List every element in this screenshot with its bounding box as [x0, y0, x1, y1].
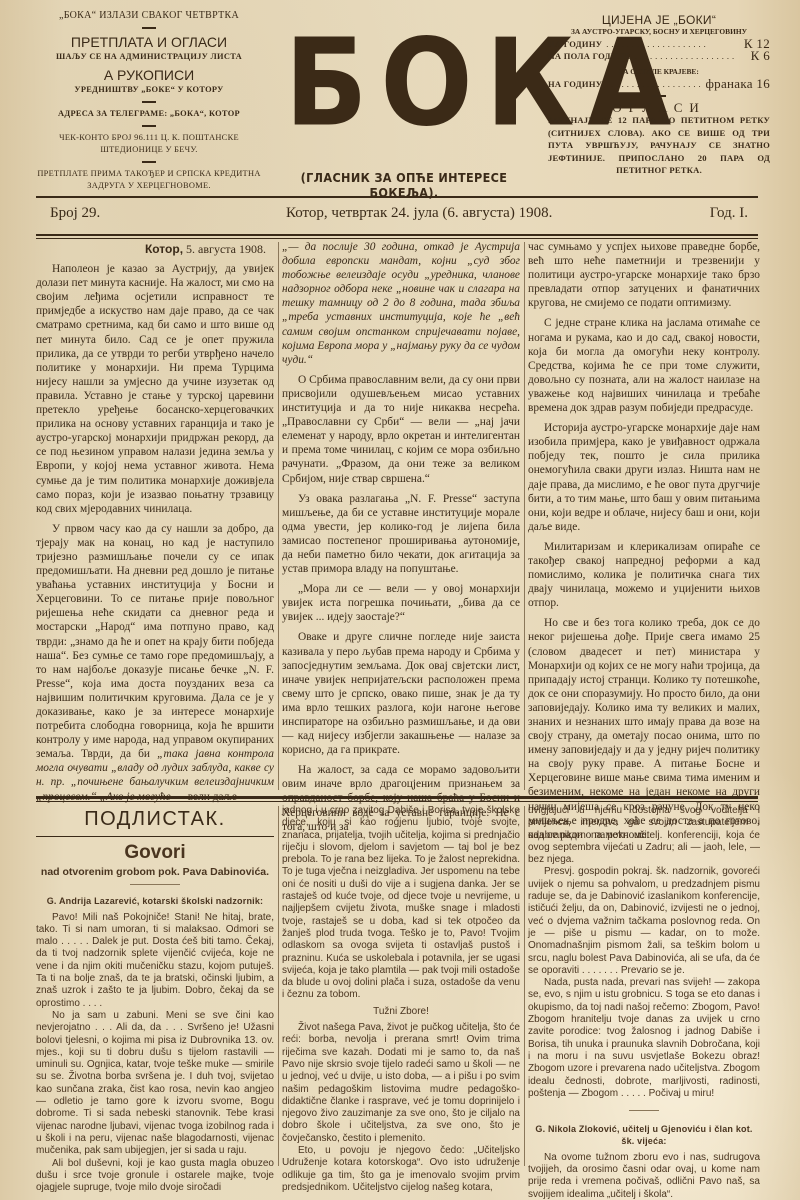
feuilleton-header-rule — [36, 836, 274, 837]
article-paragraph: час сумњамо у успјех њихове праведне бор… — [528, 240, 760, 310]
article-quote: „— да послије 30 година, откад је Аустри… — [282, 240, 520, 367]
speech-paragraph: uvigjajući u njemu dostojna svog voditel… — [528, 805, 760, 866]
newspaper-title: БОКА — [285, 6, 533, 159]
article-paragraph: Уз овака разлагања „N. F. Presse“ заступ… — [282, 492, 520, 577]
price-label: НА ГОДИНУ — [548, 78, 602, 90]
speech-paragraph: Presvj. gospodin pokraj. šk. nadzornik, … — [528, 866, 760, 977]
divider — [142, 125, 156, 127]
masthead: „БОКА“ ИЗЛАЗИ СВАКОГ ЧЕТВРТКА ПРЕТПЛАТА … — [28, 0, 780, 196]
section-divider — [36, 796, 758, 799]
price-title: ЦИЈЕНА ЈЕ „БОКИ“ — [548, 14, 770, 26]
article-column-2: „— да послије 30 година, откад је Аустри… — [282, 240, 520, 834]
issue-bar: Број 29. Котор, четвртак 24. јула (6. ав… — [36, 196, 758, 236]
dateline-place: Котор, — [145, 242, 183, 256]
ads-title: ОГЛАСИ — [548, 102, 770, 114]
column-divider — [278, 242, 279, 790]
article-paragraph: Наполеон је казао за Аустрију, да увијек… — [36, 262, 274, 516]
masthead-publication-info: „БОКА“ ИЗЛАЗИ СВАКОГ ЧЕТВРТКА ПРЕТПЛАТА … — [36, 10, 262, 192]
price-label: НА ПОЛА ГОДИНЕ — [548, 50, 631, 62]
article-paragraph: О Србима православним вели, да су они пр… — [282, 373, 520, 486]
speech-paragraph: Nada, pusta nada, prevari nas svijeh! — … — [528, 977, 760, 1100]
price-row: НА ГОДИНУ .................... франака 1… — [548, 78, 770, 90]
subscription-agent: ПРЕТПЛАТЕ ПРИМА ТАКОЂЕР И СРПСКА КРЕДИТН… — [36, 168, 262, 192]
leader-dots: .................... — [635, 50, 747, 62]
article-text: У првом часу као да су нашли за добро, д… — [36, 523, 274, 761]
price-label: НА ГОДИНУ — [548, 38, 602, 50]
divider — [142, 101, 156, 103]
column-divider — [278, 806, 279, 1166]
masthead-title-block: БОКА (ГЛАСНИК ЗА ОПЋЕ ИНТЕРЕСЕ БОКЕЉА). — [264, 6, 544, 200]
publication-schedule: „БОКА“ ИЗЛАЗИ СВАКОГ ЧЕТВРТКА — [36, 10, 262, 22]
feuilleton-column-2: jadnog i u crno zavitog Dabiše i Borisa,… — [282, 805, 520, 1194]
divider — [652, 95, 666, 97]
feuilleton-header: ПОДЛИСТАК. — [36, 808, 274, 831]
price-value: франака 16 — [705, 78, 770, 90]
speech-paragraph: No ja sam u zabuni. Meni se sve čini kao… — [36, 1010, 274, 1158]
issue-year: Год. I. — [710, 205, 748, 222]
speech-paragraph: jadnog i u crno zavitog Dabiše i Borisa,… — [282, 805, 520, 1002]
article-column-3: час сумњамо у успјех њихове праведне бор… — [528, 240, 760, 842]
price-row: НА ГОДИНУ .................... К 12 — [548, 38, 770, 50]
price-value: К 6 — [751, 50, 770, 62]
price-row: НА ПОЛА ГОДИНЕ .................... К 6 — [548, 50, 770, 62]
article-paragraph: „Мора ли се — вели — у овој монархији ув… — [282, 582, 520, 624]
price-region: ЗА АУСТРО-УГАРСКУ, БОСНУ И ХЕРЦЕГОВИНУ — [548, 26, 770, 38]
feuilleton-subtitle: nad otvorenim grobom pok. Pava Dabinović… — [36, 866, 274, 878]
feuilleton-column-1: Govori nad otvorenim grobom pok. Pava Da… — [36, 838, 274, 1194]
article-paragraph: Милитаризам и клерикализам опираће се та… — [528, 540, 760, 610]
feuilleton-title: Govori — [36, 842, 274, 864]
masthead-pricing: ЦИЈЕНА ЈЕ „БОКИ“ ЗА АУСТРО-УГАРСКУ, БОСН… — [548, 14, 770, 177]
ads-text: РАЧУНАЈУ СЕ 12 ПАРА ПО ПЕТИТНОМ РЕТКУ (С… — [548, 114, 770, 177]
speech-paragraph: Na ovome tužnom zboru evo i nas, sudrugo… — [528, 1152, 760, 1200]
column-divider — [524, 242, 525, 790]
article-paragraph: Историја аустро-угарске монархије даје н… — [528, 421, 760, 534]
speech-paragraph: Život našega Pava, život je pučkog učite… — [282, 1022, 520, 1145]
divider — [142, 27, 156, 29]
speaker-heading: G. Nikola Zloković, učitelj u Gjenoviću … — [528, 1123, 760, 1148]
cheque-account: ЧЕК-КОНТО БРОЈ 96.111 Ц. К. ПОШТАНСКЕ ШТ… — [36, 132, 262, 156]
telegram-address: АДРЕСА ЗА ТЕЛЕГРАМЕ: „БОКА“, КОТОР — [36, 108, 262, 120]
issue-date: Котор, четвртак 24. јула (6. августа) 19… — [286, 205, 552, 222]
article-paragraph: Оваке и друге сличне погледе није заиста… — [282, 630, 520, 757]
subscriptions-text: ШАЉУ СЕ НА АДМИНИСТРАЦИЈУ ЛИСТА — [36, 51, 262, 63]
speech-paragraph: Eto, u povoju je njegovo čedo: „Učiteljs… — [282, 1145, 520, 1194]
speaker-heading: G. Andrija Lazarević, kotarski školski n… — [36, 895, 274, 907]
section-divider — [36, 801, 758, 802]
manuscripts-text: УРЕДНИШТВУ „БОКЕ“ У КОТОРУ — [36, 84, 262, 96]
feuilleton-column-3: uvigjajući u njemu dostojna svog voditel… — [528, 805, 760, 1200]
newspaper-page: „БОКА“ ИЗЛАЗИ СВАКОГ ЧЕТВРТКА ПРЕТПЛАТА … — [28, 0, 780, 1200]
subscriptions-title: ПРЕТПЛАТА И ОГЛАСИ — [36, 34, 262, 51]
speech-subheading: Tužni Zbore! — [282, 1006, 520, 1018]
issue-number: Број 29. — [50, 205, 100, 222]
divider — [142, 161, 156, 163]
article-column-1: Котор, 5. августа 1908. Наполеон је каза… — [36, 240, 274, 804]
dateline-date: 5. августа 1908. — [186, 242, 266, 256]
divider — [130, 884, 180, 885]
column-divider — [524, 806, 525, 1166]
article-paragraph: С једне стране клика на јаслама отимаће … — [528, 316, 760, 415]
speech-paragraph: Ali bol duševni, koji je kao gusta magla… — [36, 1158, 274, 1195]
manuscripts-title: А РУКОПИСИ — [36, 67, 262, 84]
divider — [629, 1110, 659, 1111]
speech-paragraph: Pavo! Mili naš Pokojniče! Stani! Ne hita… — [36, 912, 274, 1010]
leader-dots: .................... — [606, 38, 740, 50]
article-paragraph: У првом часу као да су нашли за добро, д… — [36, 522, 274, 804]
article-dateline: Котор, 5. августа 1908. — [36, 242, 266, 256]
leader-dots: .................... — [606, 78, 701, 90]
